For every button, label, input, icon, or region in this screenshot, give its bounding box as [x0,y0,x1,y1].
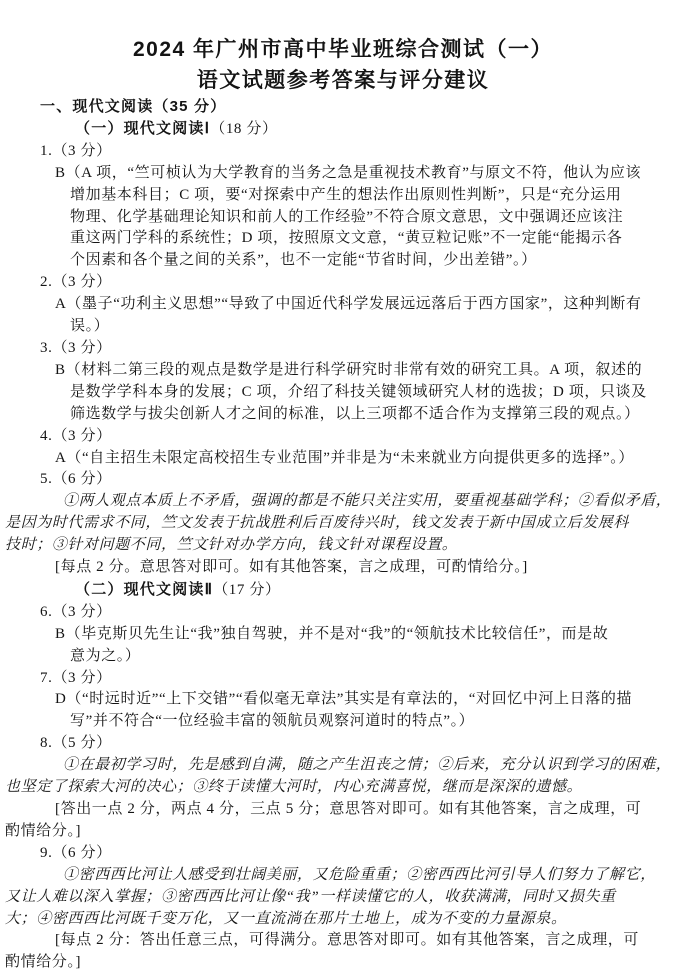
answer-line: B（材料二第三段的观点是数学是进行科学研究时非常有效的研究工具。A 项，叙述的 [55,360,686,382]
document-title-line-2: 语文试题参考答案与评分建议 [0,65,686,96]
question-number: 4.（3 分） [40,426,686,448]
answer-line: 重这两门学科的系统性；D 项，按照原文文意，“黄豆粒记账”不一定能“能揭示各 [70,228,686,250]
subsection-title: （一）现代文阅读Ⅰ [75,120,210,137]
document-body: 一、现代文阅读（35 分）（一）现代文阅读Ⅰ（18 分）1.（3 分）B（A 项… [0,96,686,969]
answer-line: A（“自主招生未限定高校招生专业范围”并非是为“未来就业方向提供更多的选择”。） [55,448,686,470]
question-number: 7.（3 分） [40,668,686,690]
answer-line: 写”并不符合“一位经验丰富的领航员观察河道时的特点”。） [70,711,686,733]
question-number: 5.（6 分） [40,469,686,491]
question-number: 3.（3 分） [40,338,686,360]
answer-line: 是因为时代需求不同，竺文发表于抗战胜利后百废待兴时，钱文发表于新中国成立后发展科 [5,513,686,535]
scoring-note-line: [每点 2 分。意思答对即可。如有其他答案，言之成理，可酌情给分。] [55,557,686,579]
question-number: 8.（5 分） [40,733,686,755]
answer-line: ①两人观点本质上不矛盾，强调的都是不能只关注实用，要重视基础学科；②看似矛盾， [63,491,686,513]
scoring-note-line: [每点 2 分：答出任意三点，可得满分。意思答对即可。如有其他答案，言之成理，可 [55,930,686,952]
answer-line: 意为之。） [70,646,686,668]
answer-line: 大；④密西西比河既千变万化，又一直流淌在那片土地上，成为不变的力量源泉。 [5,909,686,931]
subsection-heading: （二）现代文阅读Ⅱ（17 分） [75,579,686,602]
answer-line: B（毕克斯贝先生让“我”独自驾驶，并不是对“我”的“领航技术比较信任”，而是故 [55,624,686,646]
answer-line: 又让人难以深入掌握；③密西西比河让像“我”一样读懂它的人，收获满满，同时又损失重 [5,887,686,909]
section-heading: 一、现代文阅读（35 分） [40,96,686,118]
question-number: 9.（6 分） [40,843,686,865]
answer-line: 误。） [70,316,686,338]
scoring-note-line: 酌情给分。] [5,952,686,969]
subsection-title: （二）现代文阅读Ⅱ [75,581,213,598]
subsection-score: （17 分） [213,582,280,598]
answer-line: D（“时远时近”“上下交错”“看似毫无章法”其实是有章法的，“对回忆中河上日落的… [55,689,686,711]
answer-line: ①密西西比河让人感受到壮阔美丽，又危险重重；②密西西比河引导人们努力了解它， [63,865,686,887]
answer-line: B（A 项，“竺可桢认为大学教育的当务之急是重视技术教育”与原文不符，他认为应该 [55,163,686,185]
subsection-score: （18 分） [210,121,277,137]
answer-line: ①在最初学习时，先是感到自满，随之产生沮丧之情；②后来，充分认识到学习的困难， [63,755,686,777]
scoring-note-line: [答出一点 2 分，两点 4 分，三点 5 分；意思答对即可。如有其他答案，言之… [55,799,686,821]
document-title-line-1: 2024 年广州市高中毕业班综合测试（一） [0,34,686,65]
answer-line: 增加基本科目；C 项，要“对探索中产生的想法作出原则性判断”，只是“充分运用 [70,185,686,207]
question-number: 6.（3 分） [40,602,686,624]
scoring-note-line: 酌情给分。] [5,821,686,843]
answer-line: 个因素和各个量之间的关系”，也不一定能“节省时间，少出差错”。） [70,250,686,272]
question-number: 2.（3 分） [40,272,686,294]
subsection-heading: （一）现代文阅读Ⅰ（18 分） [75,118,686,141]
answer-line: 是数学学科本身的发展；C 项，介绍了科技关键领域研究人材的选拔；D 项，只谈及 [70,382,686,404]
question-number: 1.（3 分） [40,141,686,163]
answer-line: 技时；③针对问题不同，竺文针对办学方向，钱文针对课程设置。 [5,535,686,557]
answer-line: 物理、化学基础理论知识和前人的工作经验”不符合原文意思，文中强调还应该注 [70,207,686,229]
answer-line: 筛选数学与拔尖创新人才之间的标准，以上三项都不适合作为支撑第三段的观点。） [70,404,686,426]
answer-line: A（墨子“功利主义思想”“导致了中国近代科学发展远远落后于西方国家”，这种判断有 [55,294,686,316]
document-page: 2024 年广州市高中毕业班综合测试（一） 语文试题参考答案与评分建议 一、现代… [0,0,686,969]
answer-line: 也坚定了探索大河的决心；③终于读懂大河时，内心充满喜悦，继而是深深的遗憾。 [5,777,686,799]
